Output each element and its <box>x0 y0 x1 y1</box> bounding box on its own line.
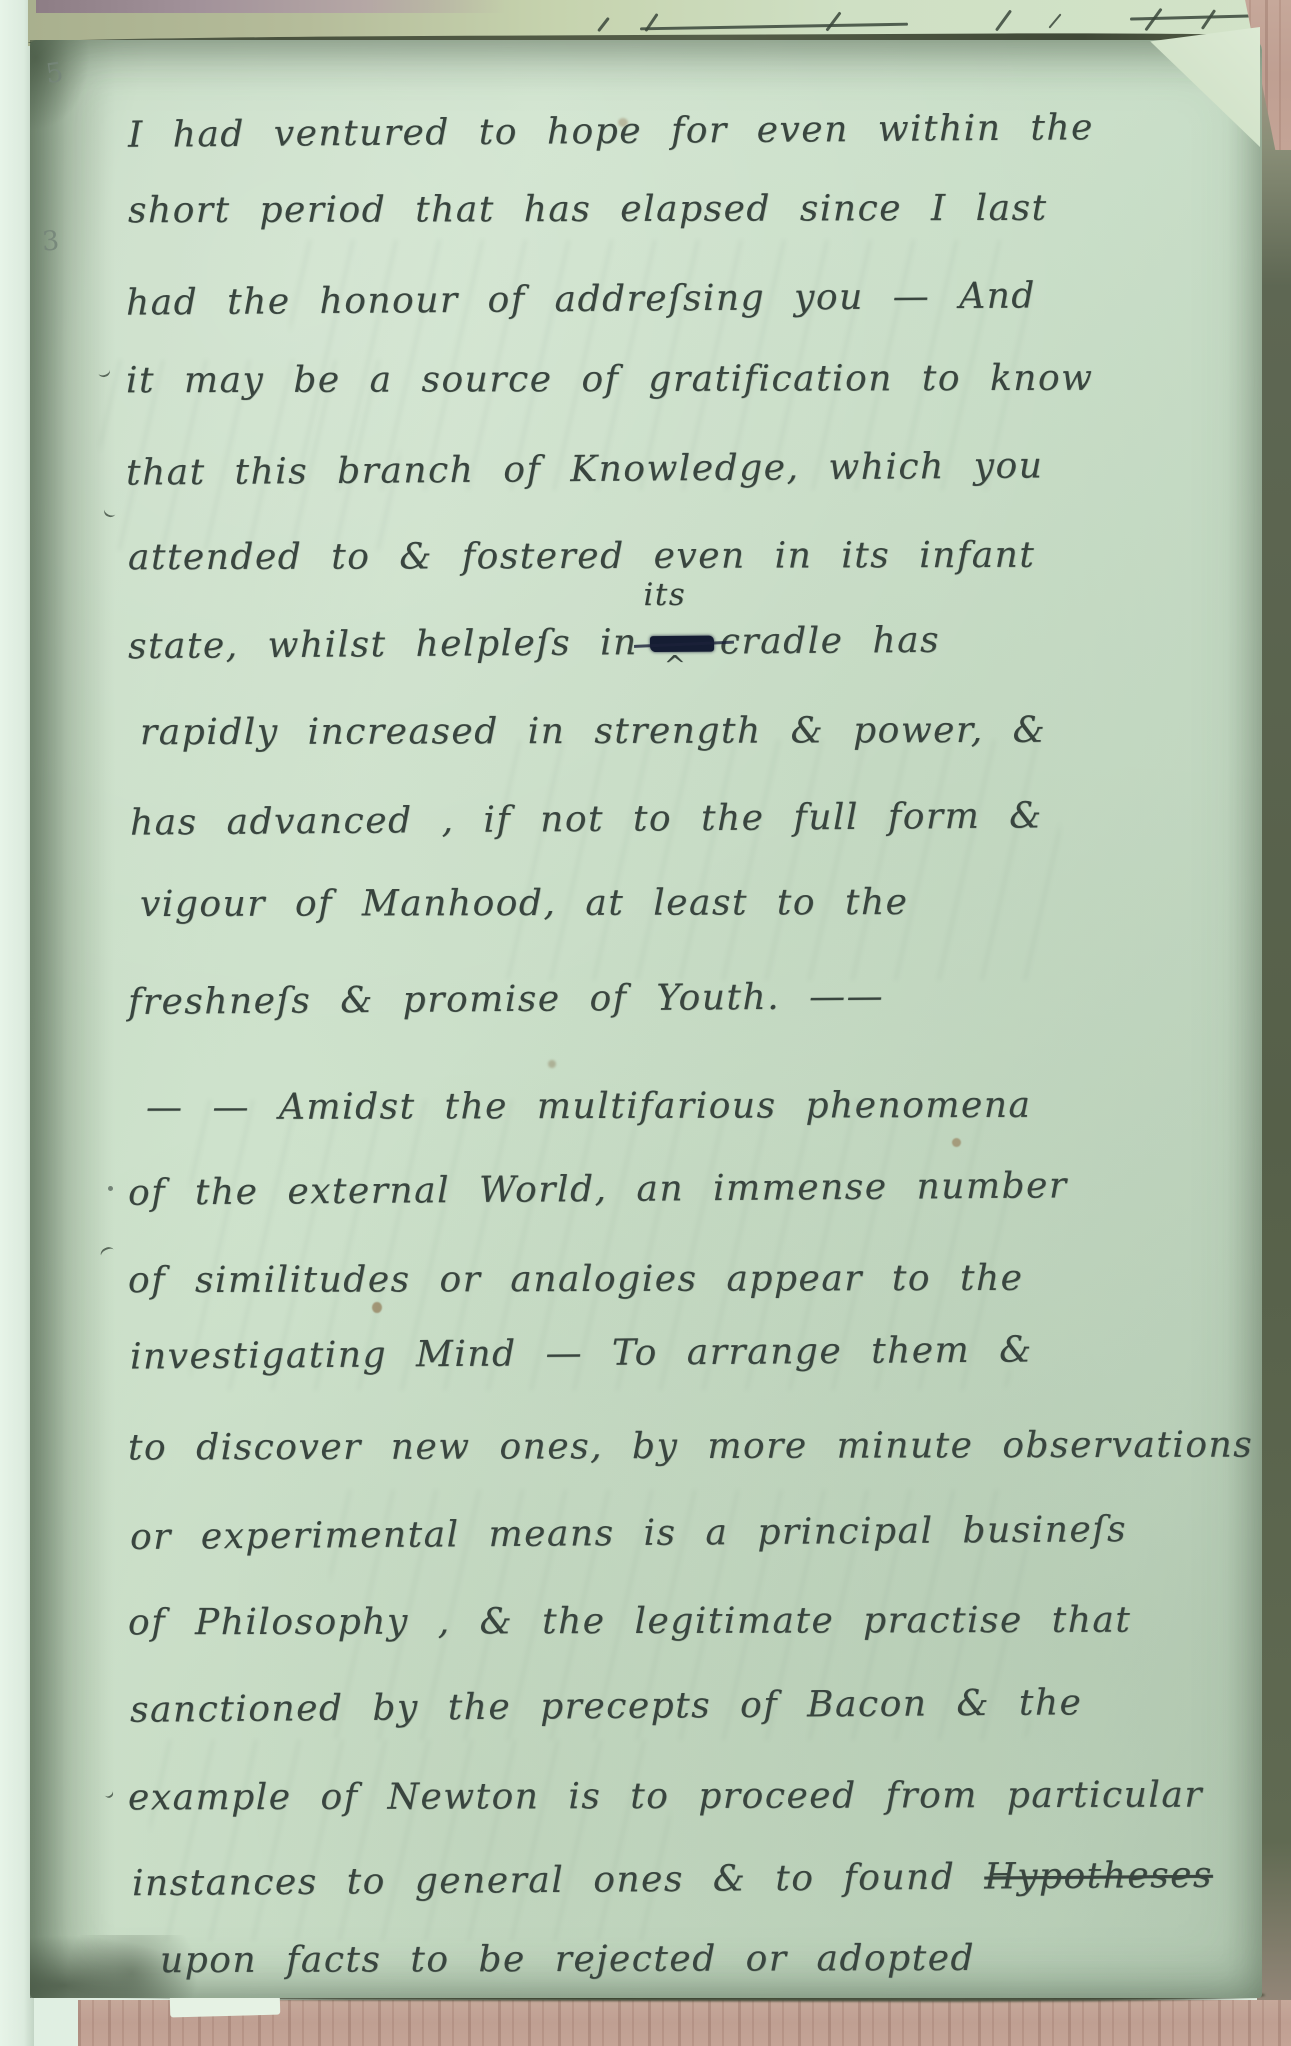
scanned-manuscript-photo: 5 3 I had ventured to hope for even with… <box>0 0 1291 2046</box>
manuscript-line-14: of similitudes or analogies appear to th… <box>128 1257 1024 1303</box>
line7-text-before-blot: state, whilst helpleſs in <box>128 622 638 667</box>
manuscript-line-3: had the honour of addreſsing you — And <box>126 274 1036 324</box>
insertion-caret: ^ <box>664 651 688 682</box>
top-cover-edge <box>36 0 506 13</box>
ink-speck <box>952 1138 961 1147</box>
struck-word-hypotheses: Hypotheses <box>984 1855 1213 1898</box>
manuscript-line-16: to discover new ones, by more minute obs… <box>128 1424 1253 1470</box>
manuscript-line-8: rapidly increased in strength & power, & <box>140 709 1046 755</box>
bleedthrough-ghost <box>150 1740 670 1940</box>
manuscript-line-12: — — Amidst the multifarious phenomena <box>146 1084 1032 1130</box>
manuscript-line-13: of the external World, an immense number <box>128 1164 1068 1215</box>
ink-blot-strikethrough <box>650 636 714 653</box>
manuscript-line-17: or experimental means is a principal bus… <box>130 1508 1127 1559</box>
background-left-strip <box>0 0 34 2046</box>
page-stack-right-edge <box>1257 0 1291 2046</box>
manuscript-line-4: it may be a source of gratification to k… <box>126 357 1094 403</box>
ink-speck <box>548 1060 556 1068</box>
manuscript-line-5: that this branch of Knowledge, which you <box>126 444 1044 494</box>
line7-text-after-blot: cradle has <box>720 620 941 663</box>
manuscript-line-11: freshneſs & promise of Youth. —— <box>128 975 884 1024</box>
pencil-margin-number: 3 <box>41 225 60 257</box>
manuscript-line-9: has advanced , if not to the full form & <box>130 794 1043 844</box>
manuscript-line-10: vigour of Manhood, at least to the <box>140 881 909 926</box>
line21-text: instances to general ones & to found <box>132 1857 985 1905</box>
manuscript-line-6: attended to & fostered even in its infan… <box>128 534 1035 580</box>
manuscript-line-18: of Philosophy , & the legitimate practis… <box>128 1599 1131 1645</box>
manuscript-line-22: upon facts to be rejected or adopted <box>160 1937 975 1982</box>
binding-gutter-shadow <box>30 40 115 1998</box>
manuscript-line-2: short period that has elapsed since I la… <box>128 187 1048 233</box>
correction-cluster: its^ <box>638 621 720 665</box>
manuscript-line-21: instances to general ones & to found Hyp… <box>132 1854 1213 1906</box>
manuscript-line-1: I had ventured to hope for even within t… <box>128 106 1094 157</box>
manuscript-page: 5 3 I had ventured to hope for even with… <box>30 40 1262 1998</box>
manuscript-line-7: state, whilst helpleſs inits^cradle has <box>128 619 940 669</box>
manuscript-line-19: sanctioned by the precepts of Bacon & th… <box>130 1681 1083 1732</box>
folded-corner-top-right <box>1148 27 1260 147</box>
bleedthrough-ghost <box>500 740 1060 980</box>
margin-ink-mark <box>108 1186 113 1191</box>
manuscript-line-15: investigating Mind — To arrange them & <box>130 1328 1033 1378</box>
inserted-word-its: its <box>643 577 686 615</box>
ink-speck <box>372 1302 382 1313</box>
manuscript-line-20: example of Newton is to proceed from par… <box>128 1774 1203 1820</box>
